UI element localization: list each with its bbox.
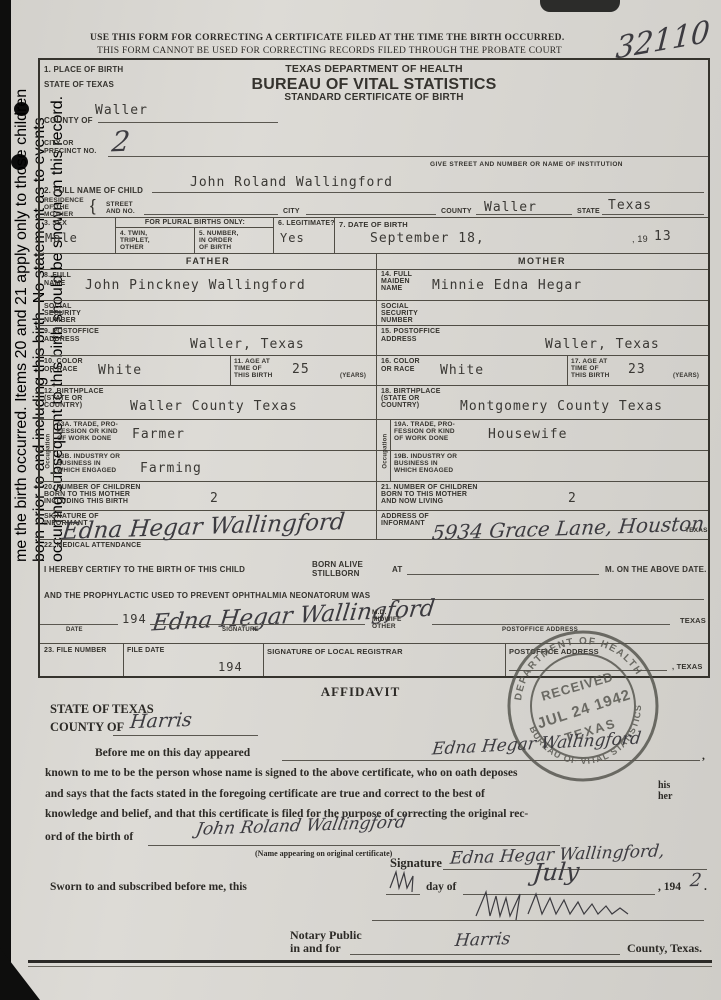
registrar-texas-label: , TEXAS	[672, 662, 703, 671]
other-label: OTHER	[372, 623, 396, 631]
child-name-value: John Roland Wallingford	[190, 176, 393, 190]
file-date-label: FILE DATE	[127, 647, 164, 655]
father-po-value: Waller, Texas	[190, 338, 305, 352]
mother-name-label-3: NAME	[381, 285, 402, 293]
father-bp-value: Waller County Texas	[130, 400, 298, 414]
day-scribble	[386, 868, 420, 894]
notary-county-handwritten: Harris	[454, 931, 511, 950]
sworn-text: Sworn to and subscribed before me, this	[50, 881, 247, 895]
father-ssn-label-3: NUMBER	[44, 317, 76, 325]
appeared-text: Before me on this day appeared	[95, 747, 250, 761]
med-date-label: DATE	[66, 627, 83, 634]
affidavit-county-label: COUNTY OF	[50, 720, 124, 735]
father-race-value: White	[98, 364, 142, 378]
affidavit-county-rule	[113, 735, 258, 736]
father-children-label-3: INCLUDING THIS BIRTH	[44, 498, 128, 506]
father-ind-label-3: WHICH ENGAGED	[57, 467, 116, 475]
sex-value: Male	[45, 232, 78, 245]
precinct-value-handwritten: 2	[111, 128, 132, 157]
mother-age-label-3: THIS BIRTH	[571, 372, 609, 380]
informant-addr-label-2: INFORMANT	[381, 520, 425, 528]
month-handwritten: July	[532, 859, 581, 885]
appeared-rule	[282, 760, 700, 761]
res-city-rule	[306, 214, 436, 215]
at-label: AT	[392, 565, 402, 575]
mother-ind-label-3: WHICH ENGAGED	[394, 467, 453, 475]
mother-name-value: Minnie Edna Hegar	[432, 279, 582, 293]
med-signature-rule	[150, 624, 365, 625]
top-instruction-1: USE THIS FORM FOR CORRECTING A CERTIFICA…	[90, 33, 565, 44]
county-rule	[98, 122, 278, 123]
order-label-3: OF BIRTH	[199, 244, 231, 252]
precinct-no-label: PRECINCT NO.	[44, 148, 97, 156]
father-race-label-2: OR RACE	[44, 366, 78, 374]
res-state-label: STATE	[577, 208, 600, 216]
county-of-label: COUNTY OF	[44, 116, 93, 126]
appeared-comma: ,	[702, 750, 705, 764]
mother-occupation-tab: Occupation	[382, 429, 389, 469]
legitimate-label: 6. LEGITIMATE?	[278, 220, 335, 228]
child-name-label: 2. FULL NAME OF CHILD	[44, 186, 143, 196]
dob-year-typed: 13	[654, 230, 672, 244]
county-value: Waller	[95, 104, 148, 118]
father-occupation-tab: Occupation	[45, 429, 52, 469]
mother-bp-value: Montgomery County Texas	[460, 400, 663, 414]
sworn-period: .	[704, 881, 707, 895]
father-age-value: 25	[292, 363, 310, 377]
institution-hint: GIVE STREET AND NUMBER OR NAME OF INSTIT…	[430, 161, 623, 169]
mother-years-label: (YEARS)	[673, 373, 699, 380]
father-bp-label-3: COUNTRY)	[44, 402, 82, 410]
father-name-value: John Pinckney Wallingford	[85, 279, 306, 293]
father-years-label: (YEARS)	[340, 373, 366, 380]
mother-children-label-3: AND NOW LIVING	[381, 498, 443, 506]
mother-po-label-2: ADDRESS	[381, 336, 417, 344]
informant-address-state: TEXAS	[685, 527, 708, 535]
on-date-label: M. ON THE ABOVE DATE.	[605, 565, 707, 575]
affidavit-county-handwritten: Harris	[129, 711, 193, 732]
father-po-label-2: ADDRESS	[44, 336, 80, 344]
scan-tear-top	[540, 0, 620, 12]
notary-signature-scribble	[470, 886, 645, 924]
notary-label-2: in and for	[290, 941, 341, 955]
registrar-signature-label: SIGNATURE OF LOCAL REGISTRAR	[267, 647, 403, 656]
year-handwritten: 2	[689, 872, 702, 890]
res-state-rule	[602, 214, 704, 215]
mother-trade-value: Housewife	[488, 428, 567, 442]
file-date-year: 194	[218, 661, 243, 674]
stillborn-label: STILLBORN	[312, 569, 360, 579]
bottom-rule-thick	[28, 960, 712, 963]
med-texas-label: TEXAS	[680, 616, 706, 625]
res-state-value: Texas	[608, 199, 652, 213]
res-county-rule	[476, 214, 572, 215]
med-year-typed: 194	[122, 613, 147, 626]
notary-signature-rule	[372, 920, 704, 921]
her-label: her	[658, 791, 672, 803]
affidavit-body-2: known to me to be the person whose name …	[45, 767, 517, 781]
affidavit-body-3: and says that the facts stated in the fo…	[45, 788, 485, 802]
father-header: FATHER	[40, 256, 376, 267]
med-date-rule	[40, 624, 118, 625]
med-signature-label: SIGNATURE	[222, 627, 259, 634]
street-label-2: AND NO.	[106, 208, 135, 216]
res-county-label: COUNTY	[441, 208, 472, 216]
scan-edge-left	[0, 0, 11, 1000]
father-ind-value: Farming	[140, 462, 202, 476]
at-rule	[407, 574, 599, 575]
name-hint: (Name appearing on original certificate)	[255, 849, 392, 859]
certificate-form: 1. PLACE OF BIRTH STATE OF TEXAS TEXAS D…	[38, 58, 710, 678]
notary-county-rule	[350, 954, 620, 955]
received-stamp: DEPARTMENT OF HEALTH BUREAU OF VITAL STA…	[490, 613, 675, 798]
mother-age-value: 23	[628, 363, 646, 377]
mother-po-value: Waller, Texas	[545, 338, 660, 352]
mother-race-label-2: OR RACE	[381, 366, 415, 374]
legitimate-value: Yes	[280, 232, 305, 245]
dob-label: 7. DATE OF BIRTH	[339, 220, 408, 229]
dob-value: September 18,	[370, 232, 485, 246]
dob-year-printed: , 19	[632, 234, 648, 245]
day-of-text: day of	[426, 881, 456, 895]
sex-label: 3. SEX	[44, 220, 67, 228]
birth-name-rule	[148, 845, 560, 846]
county-texas-label: County, Texas.	[627, 941, 702, 955]
children-including-value: 2	[210, 492, 219, 506]
scanned-birth-certificate: me the birth occurred. Items 20 and 21 a…	[0, 0, 721, 1000]
bottom-rule-thin	[28, 966, 712, 967]
certify-text: I HEREBY CERTIFY TO THE BIRTH OF THIS CH…	[44, 565, 245, 575]
father-trade-label-3: OF WORK DONE	[57, 435, 111, 443]
street-rule	[144, 214, 278, 215]
medical-attendance-label: 22. MEDICAL ATTENDANCE	[44, 542, 141, 550]
precinct-rule	[108, 156, 708, 157]
mother-bp-label-3: COUNTRY)	[381, 402, 419, 410]
father-trade-value: Farmer	[132, 428, 185, 442]
child-name-rule	[152, 192, 704, 193]
mother-trade-label-3: OF WORK DONE	[394, 435, 448, 443]
twin-label-3: OTHER	[120, 244, 144, 252]
top-instruction-2: THIS FORM CANNOT BE USED FOR CORRECTING …	[97, 46, 562, 57]
res-city-label: CITY	[283, 208, 300, 216]
prophylactic-rule	[392, 599, 704, 600]
affidavit-title: AFFIDAVIT	[0, 684, 721, 700]
affidavit-body-5: ord of the birth of	[45, 831, 133, 845]
day-rule	[386, 894, 420, 895]
dept-line1: TEXAS DEPARTMENT OF HEALTH	[40, 63, 708, 76]
mother-header: MOTHER	[376, 256, 708, 267]
father-name-label-2: NAME	[44, 280, 65, 288]
year-prefix: , 194	[658, 881, 681, 895]
mother-race-value: White	[440, 364, 484, 378]
father-age-label-3: THIS BIRTH	[234, 372, 272, 380]
children-living-value: 2	[568, 492, 577, 506]
prophylactic-text: AND THE PROPHYLACTIC USED TO PREVENT OPH…	[44, 591, 370, 601]
file-number-label: 23. FILE NUMBER	[44, 647, 107, 655]
residence-brace: {	[90, 196, 96, 216]
mother-ssn-label-3: NUMBER	[381, 317, 413, 325]
